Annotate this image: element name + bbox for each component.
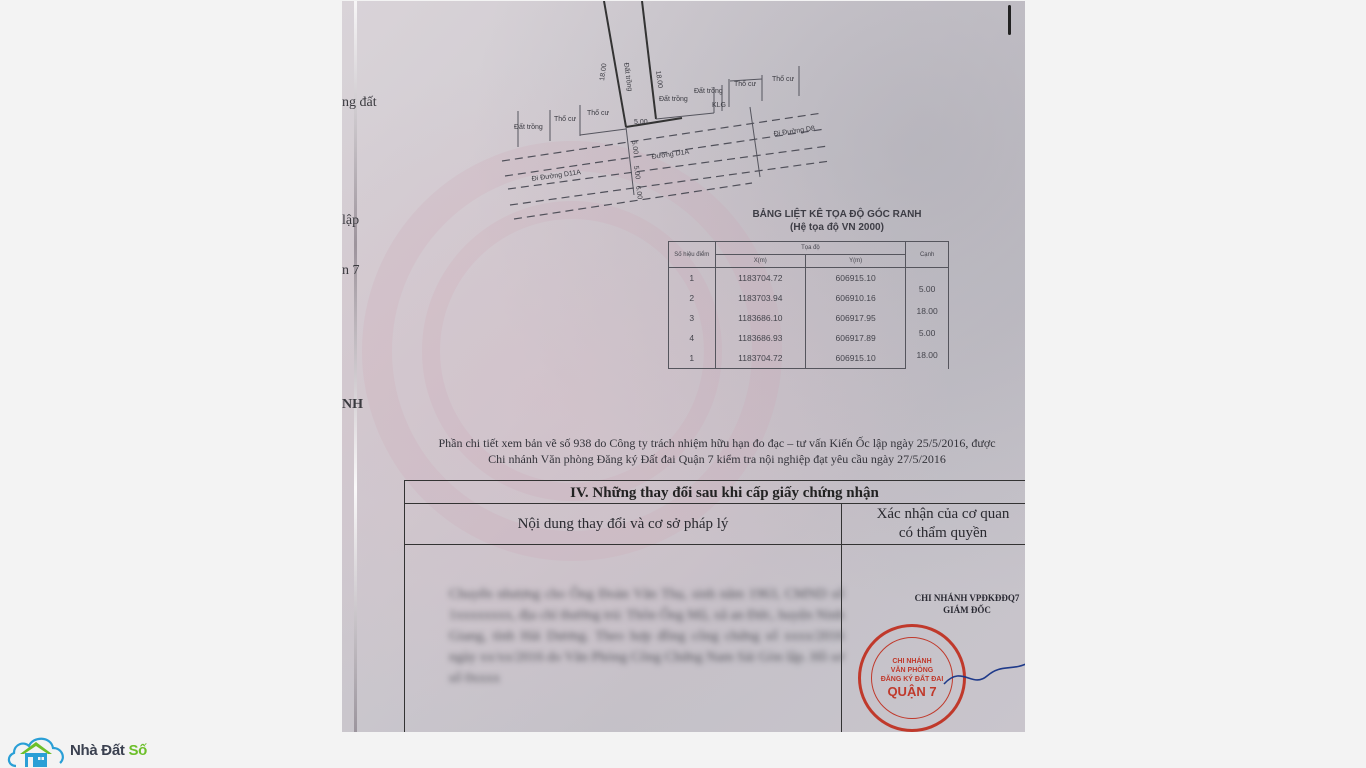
header-coords: Tọa độ [715,242,906,255]
cell-y: 606917.89 [806,328,906,348]
cell-x: 1183686.93 [715,328,805,348]
edge-value: 5.00 [906,322,948,344]
coordinate-table: Số hiệu điểm Tọa độ Cạnh X(m) Y(m) 1 118… [668,241,949,369]
cell-y: 606917.95 [806,308,906,328]
cell-x: 1183704.72 [715,348,805,369]
header-x: X(m) [715,255,805,268]
plan-klg: KLG [712,102,726,109]
stamp-text: VĂN PHÒNG [891,666,933,675]
edge-lengths: 5.00 18.00 5.00 18.00 [906,268,949,369]
authority-title: GIÁM ĐỐC [892,604,1025,616]
cell-y: 606910.16 [806,288,906,308]
changes-section-title: IV. Những thay đổi sau khi cấp giấy chứn… [405,481,1025,504]
cell-point: 2 [669,288,716,308]
cell-x: 1183686.10 [715,308,805,328]
brand-name-main: Nhà Đất [70,742,128,759]
plan-lot-front: 5.00 [634,119,648,126]
change-content-header: Nội dung thay đổi và cơ sở pháp lý [405,504,841,545]
brand-logo[interactable]: Nhà Đất Số [6,732,147,768]
brand-name-accent: Số [128,742,147,759]
plan-lot-inner: Đất trồng [622,62,635,92]
authority-header-line: có thẩm quyền [877,524,1010,543]
brand-name: Nhà Đất Số [70,742,147,759]
land-certificate-photo: ng đất lập n 7 NH [342,1,1025,732]
cell-x: 1183703.94 [715,288,805,308]
authority-caption: CHI NHÁNH VPĐKĐĐQ7 GIÁM ĐỐC [892,592,1025,616]
plan-parcel: Đất trồng [514,122,543,131]
stamp-district: QUẬN 7 [887,684,936,700]
edge-value: 5.00 [906,278,948,300]
cell-y: 606915.10 [806,348,906,369]
authority-column: Xác nhận của cơ quan có thẩm quyền CHI N… [842,504,1025,732]
coord-table-title: BẢNG LIỆT KÊ TỌA ĐỘ GÓC RANH (Hệ tọa độ … [672,208,1002,234]
header-edge: Cạnh [906,242,949,268]
header-point: Số hiệu điểm [669,242,716,268]
edge-value: 18.00 [906,300,948,322]
plan-parcel: Thổ cư [587,109,610,117]
plan-parcel: Đất trồng [694,86,723,95]
change-content-column: Nội dung thay đổi và cơ sở pháp lý Chuyể… [405,504,842,732]
plan-parcel: Thổ cư [554,115,577,123]
plan-road-right: Đi Đường D8 [773,125,815,138]
plan-parcel: Đất trồng [659,94,688,103]
survey-note: Phần chi tiết xem bản vẽ số 938 do Công … [402,435,1025,467]
cloud-house-logo-icon [6,732,68,768]
plan-road-left: Đi Đường D11A [531,169,581,183]
cell-point: 3 [669,308,716,328]
cell-point: 1 [669,348,716,369]
blurred-change-text: Chuyển nhượng cho Ông Đoàn Văn Thụ, sinh… [449,584,844,689]
plan-parcel: Thổ cư [772,75,795,83]
edge-value: 18.00 [906,344,948,366]
authority-header-line: Xác nhận của cơ quan [877,505,1010,524]
cell-point: 1 [669,268,716,289]
survey-note-line: Chi nhánh Văn phòng Đăng ký Đất đai Quận… [402,451,1025,467]
plan-parcel: Thổ cư [734,80,757,88]
edge-fragment: n 7 [342,263,360,279]
plan-road-width: 5.00 [630,140,639,155]
edge-fragment: NH [342,397,363,413]
header-y: Y(m) [806,255,906,268]
survey-note-line: Phần chi tiết xem bản vẽ số 938 do Công … [402,435,1025,451]
table-row: 1 1183704.72 606915.10 5.00 18.00 5.00 1… [669,268,949,289]
cell-point: 4 [669,328,716,348]
authority-office: CHI NHÁNH VPĐKĐĐQ7 [892,592,1025,604]
cell-x: 1183704.72 [715,268,805,289]
coord-table-heading: BẢNG LIỆT KÊ TỌA ĐỘ GÓC RANH [672,208,1002,221]
changes-section: IV. Những thay đổi sau khi cấp giấy chứn… [404,480,1025,732]
plan-road-center: Đường D1A [651,149,690,161]
stamp-text: ĐĂNG KÝ ĐẤT ĐAI [881,675,944,684]
signature-icon [942,654,1025,694]
cell-y: 606915.10 [806,268,906,289]
plan-road-width: 5.00 [632,165,641,180]
stamp-text: CHI NHÁNH [892,657,931,666]
authority-header: Xác nhận của cơ quan có thẩm quyền [842,504,1025,545]
site-plan-drawing: 18.00 18.00 Đất trồng 5.00 Đất trồng Thổ… [342,1,1025,232]
plan-side-right: 18.00 [654,70,663,88]
plan-road-width: 6.00 [634,185,643,200]
coord-table-subtitle: (Hệ tọa độ VN 2000) [672,221,1002,234]
plan-side-left: 18.00 [599,63,608,81]
